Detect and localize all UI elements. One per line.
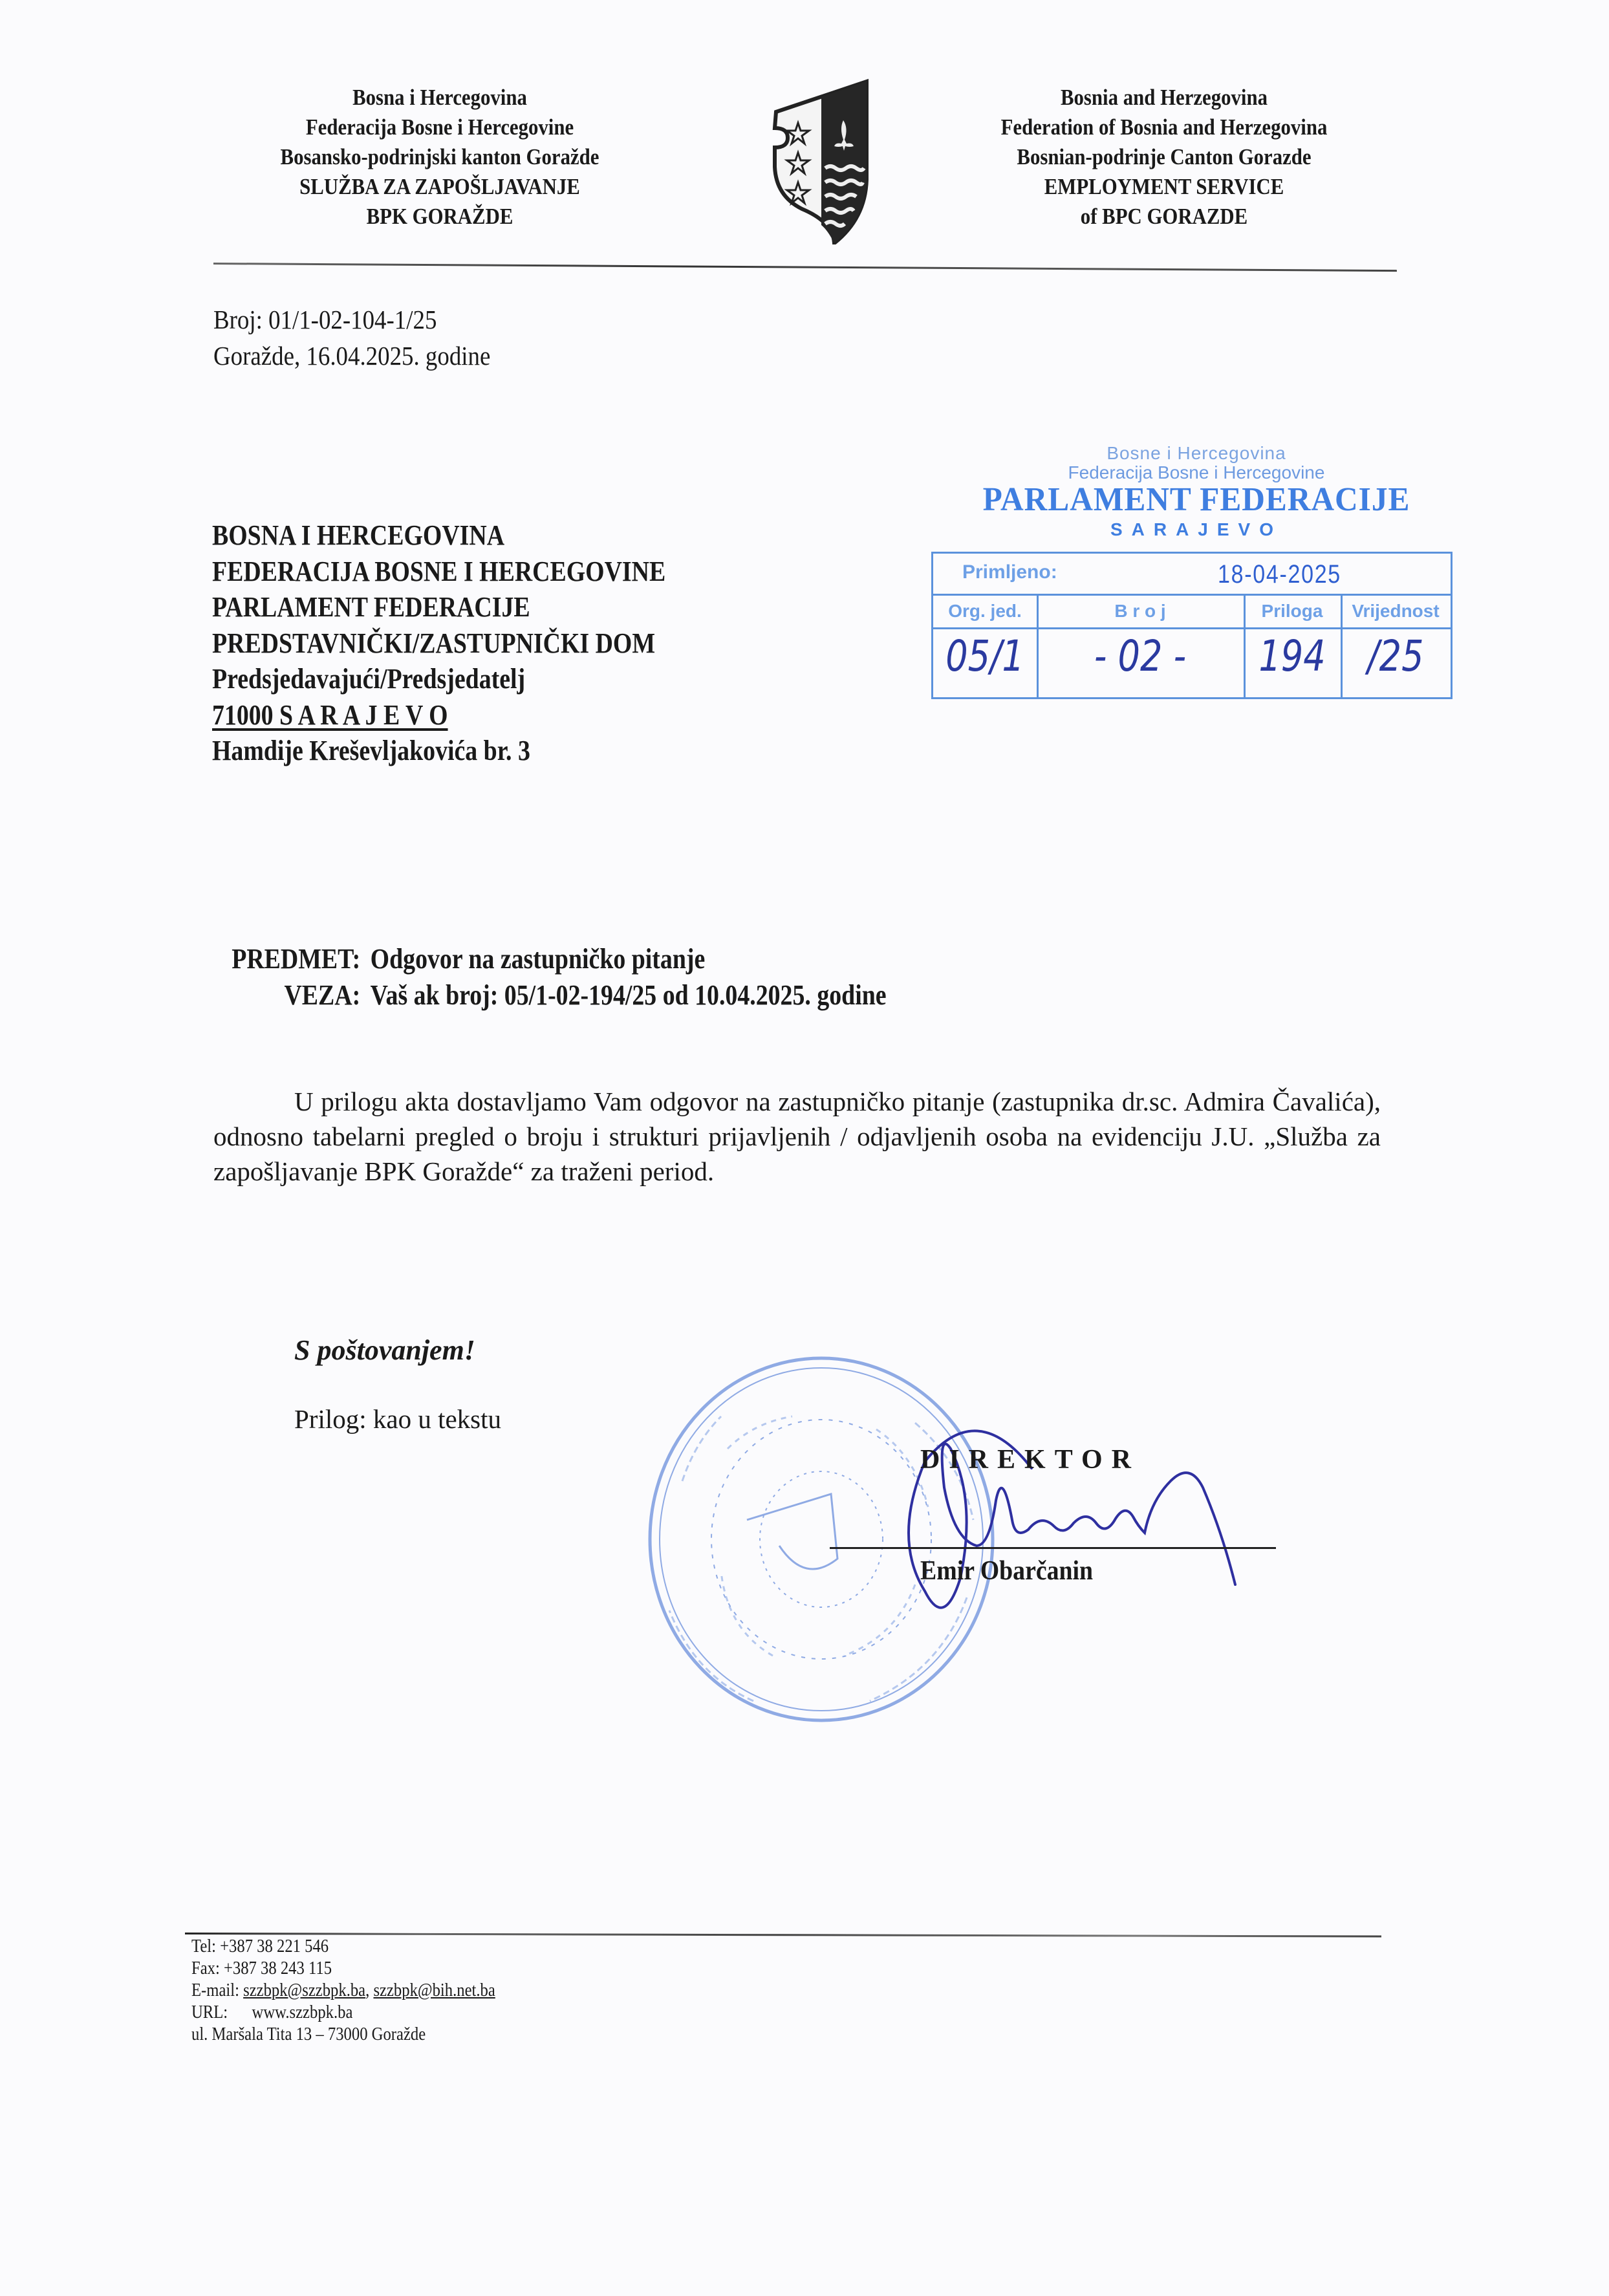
footer-contacts: Tel: +387 38 221 546 Fax: +387 38 243 11…	[191, 1935, 549, 2045]
signatory-title: DIREKTOR	[920, 1444, 1140, 1475]
received-date: 18-04-2025	[1218, 560, 1341, 589]
footer-url-row: URL:www.szzbpk.ba	[191, 2001, 495, 2023]
letter-body: U prilogu akta dostavljamo Vam odgovor n…	[213, 1084, 1381, 1189]
signature-line	[830, 1547, 1276, 1549]
letterhead-line: EMPLOYMENT SERVICE	[948, 172, 1381, 202]
letterhead-line: BPK GORAŽDE	[241, 202, 639, 232]
received-stamp: Bosne i Hercegovina Federacija Bosne i H…	[925, 443, 1481, 708]
stamp-box: Primljeno: 18-04-2025 Org. jed. 05/1 B r…	[931, 552, 1452, 699]
email-separator: ,	[365, 1980, 369, 2000]
recipient-line: PARLAMENT FEDERACIJE	[212, 589, 665, 625]
stamp-col-vrijednost: Vrijednost /25	[1341, 594, 1451, 697]
canton-coat-of-arms-icon	[757, 76, 880, 244]
stamp-col-org-jed: Org. jed. 05/1	[933, 594, 1039, 697]
predmet-text: Odgovor na zastupničko pitanje	[371, 943, 706, 975]
email-label: E-mail:	[191, 1980, 239, 2000]
letterhead-line: Federacija Bosne i Hercegovine	[241, 113, 639, 142]
recipient-line: Predsjedavajući/Predsjedatelj	[212, 661, 665, 697]
stamp-col-value: /25	[1350, 631, 1440, 681]
email-link-2[interactable]: szzbpk@bih.net.ba	[373, 1980, 495, 2000]
letterhead-line: Federation of Bosnia and Herzegovina	[948, 113, 1381, 142]
footer-tel: Tel: +387 38 221 546	[191, 1935, 495, 1957]
reference-block: Broj: 01/1-02-104-1/25 Goražde, 16.04.20…	[213, 301, 521, 374]
body-paragraph: U prilogu akta dostavljamo Vam odgovor n…	[213, 1084, 1381, 1189]
recipient-line: BOSNA I HERCEGOVINA	[212, 517, 665, 554]
received-label: Primljeno:	[962, 561, 1057, 583]
stamp-header-line: Bosne i Hercegovina	[925, 443, 1468, 464]
stamp-col-label: Priloga	[1244, 596, 1341, 629]
salutation: S poštovanjem!	[294, 1334, 475, 1367]
recipient-address: BOSNA I HERCEGOVINA FEDERACIJA BOSNE I H…	[212, 517, 739, 769]
stamp-col-label: Org. jed.	[933, 596, 1037, 629]
recipient-line: PREDSTAVNIČKI/ZASTUPNIČKI DOM	[212, 625, 665, 662]
url-link[interactable]: www.szzbpk.ba	[252, 2002, 353, 2022]
handwritten-signature	[899, 1371, 1261, 1630]
place-date: Goražde, 16.04.2025. godine	[213, 338, 490, 374]
veza-text: Vaš ak broj: 05/1-02-194/25 od 10.04.202…	[371, 979, 887, 1011]
letterhead-line: Bosnia and Herzegovina	[948, 83, 1381, 113]
letterhead-left: Bosna i Hercegovina Federacija Bosne i H…	[241, 83, 639, 232]
signatory-name: Emir Obarčanin	[920, 1555, 1093, 1587]
recipient-street: Hamdije Kreševljakovića br. 3	[212, 733, 665, 769]
letterhead-line: of BPC GORAZDE	[948, 202, 1381, 232]
letterhead-divider	[213, 263, 1397, 272]
stamp-received-row: Primljeno: 18-04-2025	[933, 554, 1451, 596]
footer-address: ul. Maršala Tita 13 – 73000 Goražde	[191, 2023, 495, 2045]
subject-block: PREDMET:Odgovor na zastupničko pitanje V…	[210, 941, 997, 1013]
stamp-col-priloga: Priloga 194	[1244, 594, 1343, 697]
stamp-header-city: SARAJEVO	[925, 519, 1468, 540]
email-link-1[interactable]: szzbpk@szzbpk.ba	[243, 1980, 365, 2000]
recipient-line: FEDERACIJA BOSNE I HERCEGOVINE	[212, 554, 665, 590]
stamp-header-title: PARLAMENT FEDERACIJE	[938, 481, 1454, 519]
predmet-label: PREDMET:	[210, 941, 360, 977]
stamp-col-label: Vrijednost	[1341, 596, 1451, 629]
url-label: URL:	[191, 2002, 228, 2022]
letterhead-line: Bosna i Hercegovina	[241, 83, 639, 113]
reference-number: Broj: 01/1-02-104-1/25	[213, 301, 490, 338]
stamp-col-label: B r o j	[1037, 596, 1244, 629]
stamp-col-value: 194	[1253, 631, 1332, 681]
veza-label: VEZA:	[210, 977, 360, 1013]
attachment-note: Prilog: kao u tekstu	[294, 1403, 501, 1435]
letterhead-line: SLUŽBA ZA ZAPOŠLJAVANJE	[241, 172, 639, 202]
letterhead-line: Bosnian-podrinje Canton Gorazde	[948, 142, 1381, 172]
recipient-city: 71000 S A R A J E V O	[212, 699, 448, 731]
stamp-col-broj: B r o j - 02 -	[1037, 594, 1246, 697]
letterhead-line: Bosansko-podrinjski kanton Goražde	[241, 142, 639, 172]
footer-email-row: E-mail: szzbpk@szzbpk.ba, szzbpk@bih.net…	[191, 1979, 495, 2001]
footer-fax: Fax: +387 38 243 115	[191, 1957, 495, 1979]
stamp-col-value: 05/1	[942, 631, 1027, 681]
stamp-col-value: - 02 -	[1055, 631, 1225, 681]
letterhead-right: Bosnia and Herzegovina Federation of Bos…	[948, 83, 1381, 232]
